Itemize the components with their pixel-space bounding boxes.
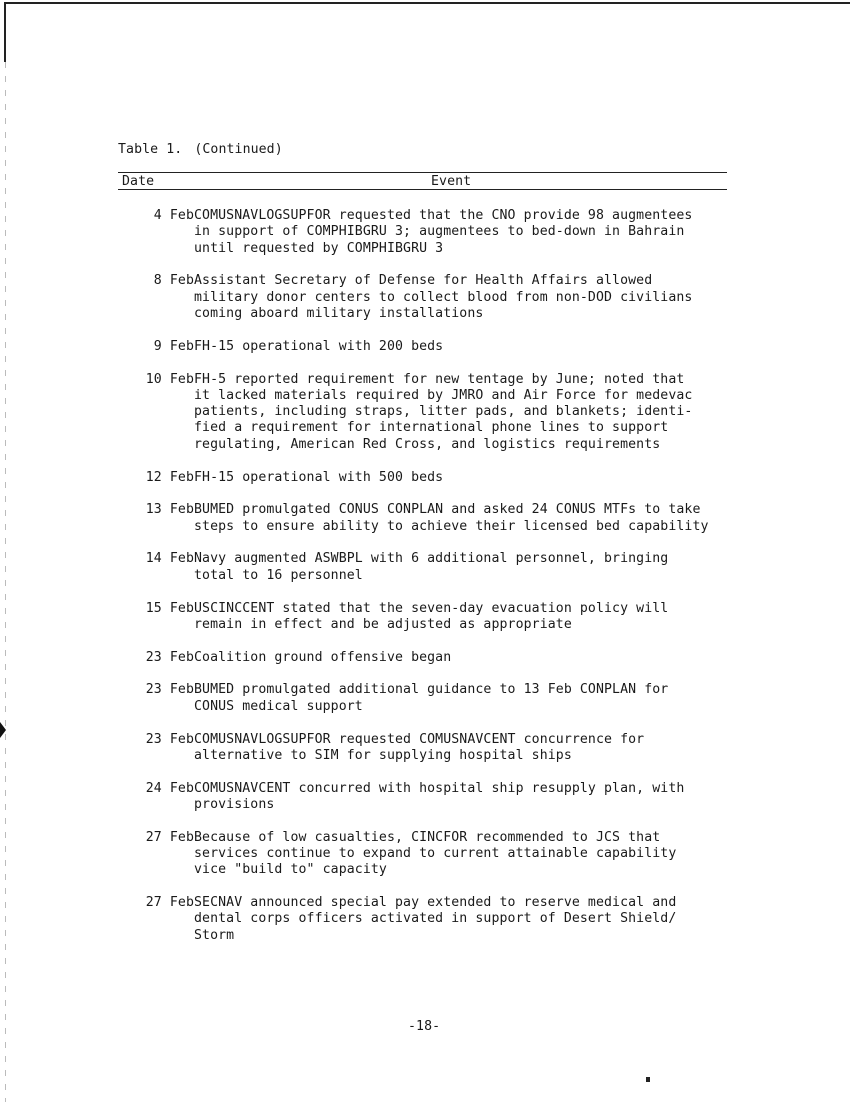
event-date: 10 Feb xyxy=(142,372,194,388)
table-row: 13 Feb BUMED promulgated CONUS CONPLAN a… xyxy=(118,502,758,535)
event-date: 8 Feb xyxy=(142,273,194,289)
event-description: FH-15 operational with 500 beds xyxy=(194,470,758,486)
event-description: Navy augmented ASWBPL with 6 additional … xyxy=(194,551,758,584)
scan-edge-left xyxy=(5,62,6,1102)
table-row: 23 Feb Coalition ground offensive began xyxy=(118,650,758,666)
table-top-rule xyxy=(118,172,727,173)
event-date: 9 Feb xyxy=(142,339,194,355)
event-description: Assistant Secretary of Defense for Healt… xyxy=(194,273,758,322)
event-date: 24 Feb xyxy=(142,781,194,797)
table-title: Table 1.(Continued) xyxy=(118,142,283,157)
table-row: 23 Feb COMUSNAVLOGSUPFOR requested COMUS… xyxy=(118,732,758,765)
table-row: 10 Feb FH-5 reported requirement for new… xyxy=(118,372,758,453)
column-header-event: Event xyxy=(431,174,471,189)
event-description: COMUSNAVCENT concurred with hospital shi… xyxy=(194,781,758,814)
event-description: FH-15 operational with 200 beds xyxy=(194,339,758,355)
event-description: Because of low casualties, CINCFOR recom… xyxy=(194,830,758,879)
scan-border-top xyxy=(4,2,850,4)
table-row: 4 Feb COMUSNAVLOGSUPFOR requested that t… xyxy=(118,208,758,257)
event-description: USCINCCENT stated that the seven-day eva… xyxy=(194,601,758,634)
table-row: 14 Feb Navy augmented ASWBPL with 6 addi… xyxy=(118,551,758,584)
scan-border-left xyxy=(4,2,6,62)
table-header-rule xyxy=(118,189,727,190)
table-row: 15 Feb USCINCCENT stated that the seven-… xyxy=(118,601,758,634)
table-row: 9 Feb FH-15 operational with 200 beds xyxy=(118,339,758,355)
event-description: BUMED promulgated additional guidance to… xyxy=(194,682,758,715)
event-date: 27 Feb xyxy=(142,830,194,846)
table-row: 8 Feb Assistant Secretary of Defense for… xyxy=(118,273,758,322)
event-date: 15 Feb xyxy=(142,601,194,617)
event-description: FH-5 reported requirement for new tentag… xyxy=(194,372,758,453)
table-continuation: (Continued) xyxy=(194,142,282,157)
event-date: 12 Feb xyxy=(142,470,194,486)
event-date: 23 Feb xyxy=(142,732,194,748)
table-row: 12 Feb FH-15 operational with 500 beds xyxy=(118,470,758,486)
event-description: BUMED promulgated CONUS CONPLAN and aske… xyxy=(194,502,758,535)
event-date: 4 Feb xyxy=(142,208,194,224)
event-description: Coalition ground offensive began xyxy=(194,650,758,666)
event-table-body: 4 Feb COMUSNAVLOGSUPFOR requested that t… xyxy=(118,208,758,961)
page-marker-arrow-icon xyxy=(0,722,6,738)
column-header-date: Date xyxy=(122,174,154,189)
table-row: 24 Feb COMUSNAVCENT concurred with hospi… xyxy=(118,781,758,814)
page-number: -18- xyxy=(408,1019,440,1034)
event-description: COMUSNAVLOGSUPFOR requested COMUSNAVCENT… xyxy=(194,732,758,765)
table-row: 27 Feb Because of low casualties, CINCFO… xyxy=(118,830,758,879)
table-row: 23 Feb BUMED promulgated additional guid… xyxy=(118,682,758,715)
event-description: COMUSNAVLOGSUPFOR requested that the CNO… xyxy=(194,208,758,257)
event-date: 23 Feb xyxy=(142,682,194,698)
table-row: 27 Feb SECNAV announced special pay exte… xyxy=(118,895,758,944)
table-label: Table 1. xyxy=(118,142,182,157)
event-date: 23 Feb xyxy=(142,650,194,666)
scan-artifact-mark xyxy=(646,1077,650,1082)
event-date: 13 Feb xyxy=(142,502,194,518)
event-date: 14 Feb xyxy=(142,551,194,567)
event-description: SECNAV announced special pay extended to… xyxy=(194,895,758,944)
event-date: 27 Feb xyxy=(142,895,194,911)
